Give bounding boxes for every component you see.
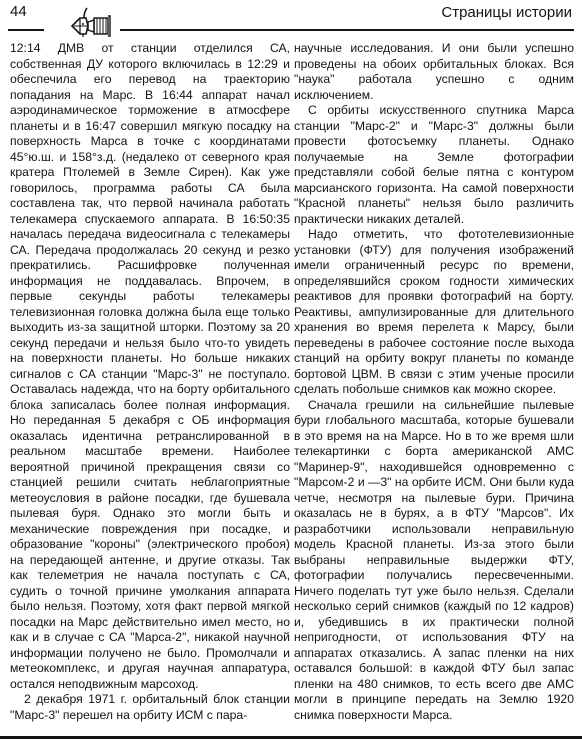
left-column: 12:14 ДМВ от станции отделился СА, собст… <box>10 41 290 723</box>
paragraph: 2 декабря 1971 г. орбитальный блок станц… <box>10 692 290 723</box>
spacecraft-icon <box>50 6 114 38</box>
header-rule-left <box>8 29 44 31</box>
paragraph: научные исследования. И они были успешно… <box>294 41 574 103</box>
paragraph: Сначала грешили на сильнейшие пылевые бу… <box>294 398 574 724</box>
paragraph: Надо отметить, что фототелевизионные уст… <box>294 227 574 398</box>
section-title: Страницы истории <box>441 4 572 21</box>
page-header: 44 Страницы истории <box>0 0 582 38</box>
paragraph: С орбиты искусственного спутника Марса с… <box>294 103 574 227</box>
header-rule-right <box>120 29 574 31</box>
page-number: 44 <box>10 3 27 20</box>
paragraph: 12:14 ДМВ от станции отделился СА, собст… <box>10 41 290 692</box>
right-column: научные исследования. И они были успешно… <box>294 41 574 723</box>
